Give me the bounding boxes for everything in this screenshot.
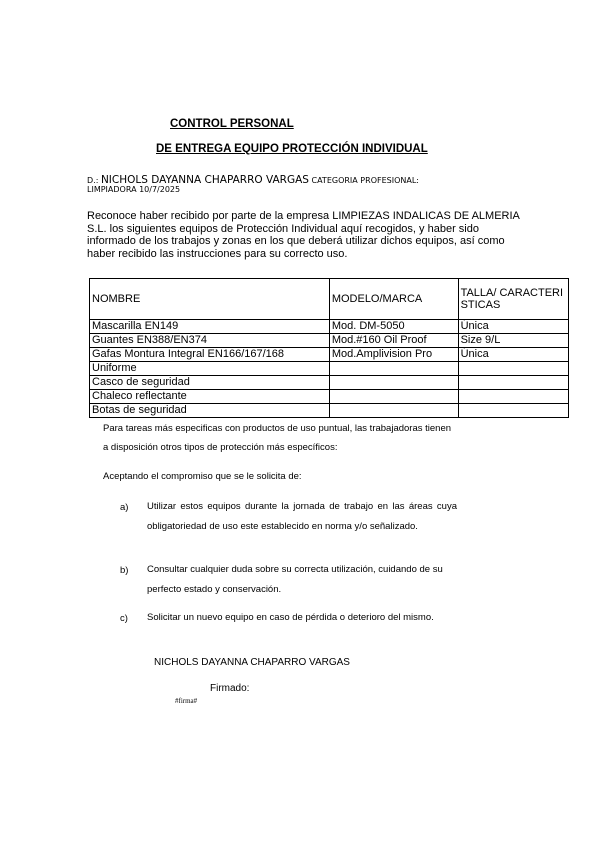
signer-name: NICHOLS DAYANNA CHAPARRO VARGAS: [154, 657, 350, 668]
table-row: Guantes EN388/EN374 Mod.#160 Oil Proof S…: [90, 334, 569, 348]
category-label: CATEGORIA PROFESIONAL:: [309, 176, 419, 185]
cell-talla: Size 9/L: [458, 334, 568, 348]
recipient-prefix: D.:: [87, 176, 101, 185]
cell-nombre: Uniforme: [90, 362, 330, 376]
title-control-personal: CONTROL PERSONAL: [170, 118, 294, 130]
commitment-b-letter: b): [120, 565, 128, 576]
cell-modelo: Mod.Amplivision Pro: [329, 348, 458, 362]
cell-modelo: [329, 376, 458, 390]
cell-talla: [458, 362, 568, 376]
cell-nombre: Chaleco reflectante: [90, 390, 330, 404]
cell-modelo: [329, 404, 458, 418]
specific-tasks-line-1: Para tareas más especificas con producto…: [103, 423, 451, 434]
cell-talla: Única: [458, 320, 568, 334]
table-row: Uniforme: [90, 362, 569, 376]
cell-modelo: [329, 362, 458, 376]
specific-tasks-line-2: a disposición otros tipos de protección …: [103, 442, 337, 453]
cell-modelo: Mod.#160 Oil Proof: [329, 334, 458, 348]
table-header-row: NOMBRE MODELO/MARCA TALLA/ CARACTERISTIC…: [90, 279, 569, 320]
cell-nombre: Botas de seguridad: [90, 404, 330, 418]
cell-talla: [458, 390, 568, 404]
header-talla: TALLA/ CARACTERISTICAS: [458, 279, 568, 320]
cell-modelo: Mod. DM-5050: [329, 320, 458, 334]
table-row: Mascarilla EN149 Mod. DM-5050 Única: [90, 320, 569, 334]
cell-nombre: Mascarilla EN149: [90, 320, 330, 334]
signature-placeholder: #firma#: [175, 697, 197, 705]
cell-talla: Única: [458, 348, 568, 362]
commitment-c-letter: c): [120, 613, 128, 624]
cell-modelo: [329, 390, 458, 404]
cell-talla: [458, 404, 568, 418]
title-entrega-epi: DE ENTREGA EQUIPO PROTECCIÓN INDIVIDUAL: [156, 143, 428, 155]
commitment-b-text: Consultar cualquier duda sobre su correc…: [147, 560, 477, 599]
category-and-date: LIMPIADORA 10/7/2025: [87, 185, 180, 194]
intro-paragraph: Reconoce haber recibido por parte de la …: [87, 210, 527, 260]
commitment-intro: Aceptando el compromiso que se le solici…: [103, 471, 302, 482]
cell-nombre: Casco de seguridad: [90, 376, 330, 390]
signed-label: Firmado:: [210, 683, 249, 694]
table-row: Botas de seguridad: [90, 404, 569, 418]
header-nombre: NOMBRE: [90, 279, 330, 320]
cell-nombre: Guantes EN388/EN374: [90, 334, 330, 348]
commitment-a-letter: a): [120, 502, 128, 513]
table-row: Gafas Montura Integral EN166/167/168 Mod…: [90, 348, 569, 362]
table-row: Casco de seguridad: [90, 376, 569, 390]
equipment-table: NOMBRE MODELO/MARCA TALLA/ CARACTERISTIC…: [89, 278, 569, 418]
cell-nombre: Gafas Montura Integral EN166/167/168: [90, 348, 330, 362]
table-row: Chaleco reflectante: [90, 390, 569, 404]
cell-talla: [458, 376, 568, 390]
header-modelo-marca: MODELO/MARCA: [329, 279, 458, 320]
commitment-c-text: Solicitar un nuevo equipo en caso de pér…: [147, 608, 477, 628]
commitment-a-text: Utilizar estos equipos durante la jornad…: [147, 497, 457, 536]
